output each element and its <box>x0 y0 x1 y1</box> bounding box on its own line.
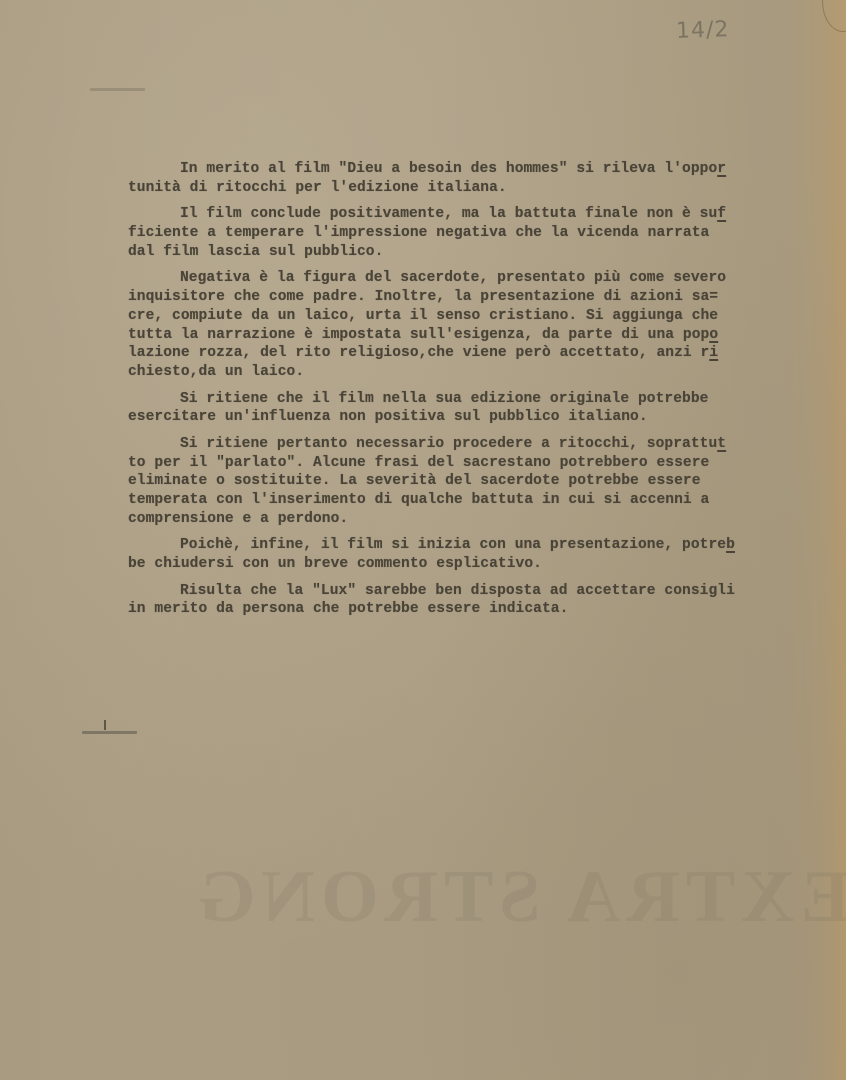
text-line: Si ritiene pertanto necessario procedere… <box>128 435 828 454</box>
text-line: Si ritiene che il film nella sua edizion… <box>128 390 828 409</box>
text-line: Il film conclude positivamente, ma la ba… <box>128 205 828 224</box>
text-line: Risulta che la "Lux" sarebbe ben dispost… <box>128 582 828 601</box>
paragraph: Risulta che la "Lux" sarebbe ben dispost… <box>128 582 828 619</box>
margin-tick-mark <box>104 720 106 730</box>
text-line: Negativa è la figura del sacerdote, pres… <box>128 269 828 288</box>
paragraph: In merito al film "Dieu a besoin des hom… <box>128 160 828 197</box>
paragraph: Si ritiene pertanto necessario procedere… <box>128 435 828 528</box>
text-line: lazione rozza, del rito religioso,che vi… <box>128 344 828 363</box>
paper-watermark: EXTRA STRONG <box>150 855 846 940</box>
text-line: eliminate o sostituite. La severità del … <box>128 472 828 491</box>
text-line: dal film lascia sul pubblico. <box>128 243 828 262</box>
text-line: to per il "parlato". Alcune frasi del sa… <box>128 454 828 473</box>
stray-pencil-mark <box>90 88 145 91</box>
text-line: Poichè, infine, il film si inizia con un… <box>128 536 828 555</box>
text-line: inquisitore che come padre. Inoltre, la … <box>128 288 828 307</box>
text-line: chiesto,da un laico. <box>128 363 828 382</box>
document-page: 14/2 EXTRA STRONG In merito al film "Die… <box>0 0 846 1080</box>
paragraph: Poichè, infine, il film si inizia con un… <box>128 536 828 573</box>
text-line: ficiente a temperare l'impressione negat… <box>128 224 828 243</box>
text-line: tutta la narrazione è impostata sull'esi… <box>128 326 828 345</box>
paragraph: Si ritiene che il film nella sua edizion… <box>128 390 828 427</box>
margin-fold-mark <box>82 731 137 734</box>
paragraph: Negativa è la figura del sacerdote, pres… <box>128 269 828 381</box>
text-line: be chiudersi con un breve commento espli… <box>128 555 828 574</box>
text-line: esercitare un'influenza non positiva sul… <box>128 408 828 427</box>
handwritten-folio-number: 14/2 <box>676 17 730 44</box>
typewritten-body: In merito al film "Dieu a besoin des hom… <box>128 160 828 627</box>
text-line: comprensione e a perdono. <box>128 510 828 529</box>
text-line: temperata con l'inserimento di qualche b… <box>128 491 828 510</box>
text-line: In merito al film "Dieu a besoin des hom… <box>128 160 828 179</box>
text-line: cre, compiute da un laico, urta il senso… <box>128 307 828 326</box>
text-line: in merito da persona che potrebbe essere… <box>128 600 828 619</box>
paragraph: Il film conclude positivamente, ma la ba… <box>128 205 828 261</box>
text-line: tunità di ritocchi per l'edizione italia… <box>128 179 828 198</box>
